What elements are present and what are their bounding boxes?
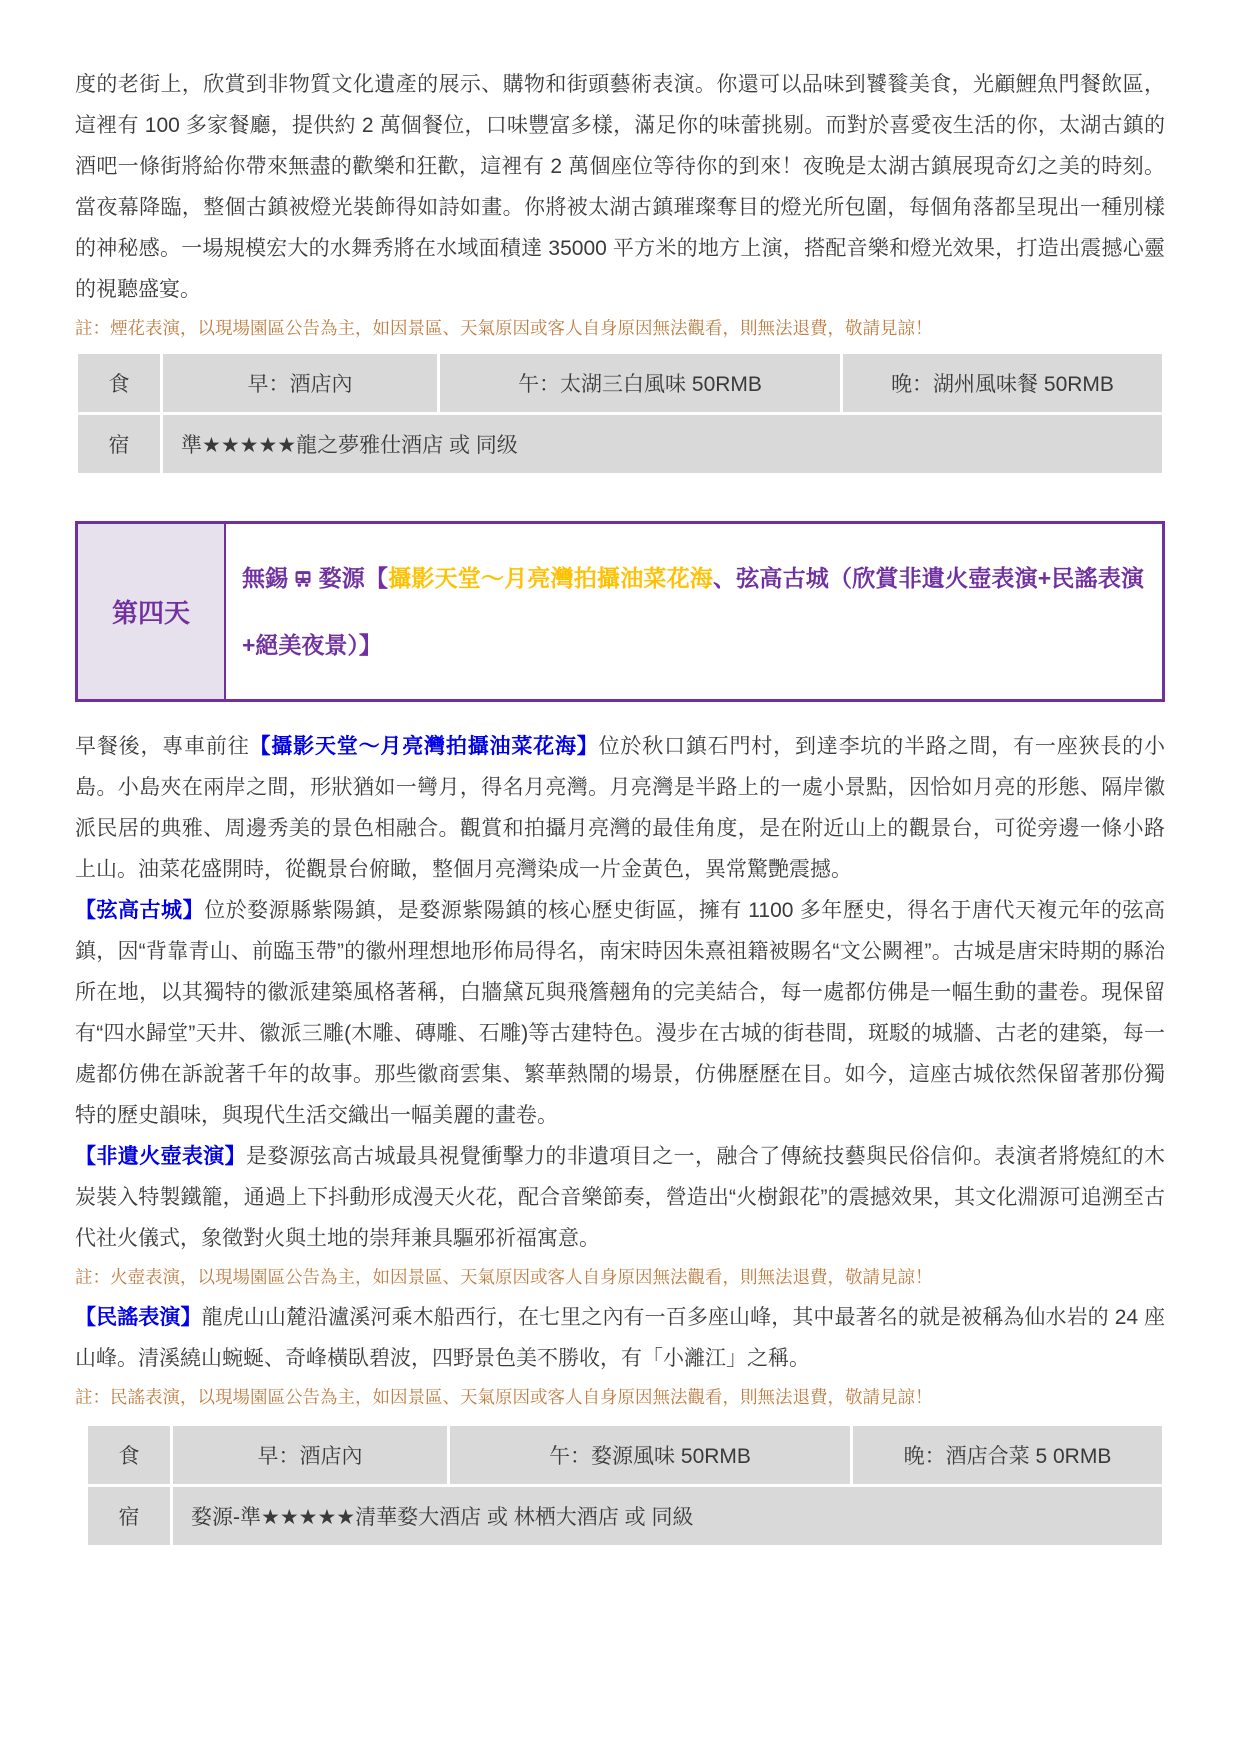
stay-label-cell: 宿 (87, 1486, 172, 1547)
folk-song-body: 龍虎山山麓沿瀘溪河乘木船西行，在七里之內有一百多座山峰，其中最著名的就是被稱為仙… (75, 1306, 1165, 1370)
stay-label-cell: 宿 (77, 414, 162, 475)
hotel-cell: 婺源-準★★★★★清華婺大酒店 或 林栖大酒店 或 同級 (172, 1486, 1164, 1547)
title-gold-segment: 攝影天堂～月亮灣拍攝油菜花海 (388, 565, 713, 591)
itinerary-page: 度的老街上，欣賞到非物質文化遺產的展示、購物和街頭藝術表演。你還可以品味到饕餮美… (0, 0, 1240, 1755)
fire-pot-paragraph: 【非遺火壺表演】是婺源弦高古城最具視覺衝擊力的非遺項目之一，融合了傳統技藝與民俗… (75, 1136, 1165, 1259)
table-row-meals: 食 早：酒店內 午：婺源風味 50RMB 晚：酒店合菜 5 0RMB (87, 1425, 1164, 1486)
meal-label-cell: 食 (87, 1425, 172, 1486)
xiangao-paragraph: 【弦高古城】位於婺源縣紫陽鎮，是婺源紫陽鎮的核心歷史街區，擁有 1100 多年歷… (75, 890, 1165, 1136)
folk-song-paragraph: 【民謠表演】龍虎山山麓沿瀘溪河乘木船西行，在七里之內有一百多座山峰，其中最著名的… (75, 1297, 1165, 1379)
route-from: 無錫 (242, 565, 288, 591)
day4-title: 無錫婺源【攝影天堂～月亮灣拍攝油菜花海、弦高古城（欣賞非遺火壺表演+民謠表演+絕… (226, 524, 1162, 699)
table-row-meals: 食 早：酒店內 午：太湖三白風味 50RMB 晚：湖州風味餐 50RMB (77, 353, 1164, 414)
hotel-cell: 準★★★★★龍之夢雅仕酒店 或 同级 (162, 414, 1164, 475)
dinner-cell: 晚：湖州風味餐 50RMB (842, 353, 1164, 414)
meal-label-cell: 食 (77, 353, 162, 414)
note-fireworks: 註：煙花表演，以現場園區公告為主，如因景區、天氣原因或客人自身原因無法觀看，則無… (75, 315, 1165, 342)
day4-meal-table: 食 早：酒店內 午：婺源風味 50RMB 晚：酒店合菜 5 0RMB 宿 婺源-… (85, 1423, 1165, 1548)
xiangao-body: 位於婺源縣紫陽鎮，是婺源紫陽鎮的核心歷史街區，擁有 1100 多年歷史，得名于唐… (75, 899, 1165, 1127)
note-fire-pot: 註：火壺表演，以現場園區公告為主，如因景區、天氣原因或客人自身原因無法觀看，則無… (75, 1264, 1165, 1291)
note-folk-song: 註：民謠表演，以現場園區公告為主，如因景區、天氣原因或客人自身原因無法觀看，則無… (75, 1384, 1165, 1411)
bus-icon (293, 549, 313, 613)
day-label: 第四天 (78, 524, 226, 699)
breakfast-cell: 早：酒店內 (162, 353, 439, 414)
day4-header: 第四天 無錫婺源【攝影天堂～月亮灣拍攝油菜花海、弦高古城（欣賞非遺火壺表演+民謠… (75, 521, 1165, 702)
moon-bay-paragraph: 早餐後，專車前往【攝影天堂～月亮灣拍攝油菜花海】位於秋口鎮石門村，到達李坑的半路… (75, 726, 1165, 890)
table-row-hotel: 宿 準★★★★★龍之夢雅仕酒店 或 同级 (77, 414, 1164, 475)
intro-paragraph: 度的老街上，欣賞到非物質文化遺產的展示、購物和街頭藝術表演。你還可以品味到饕餮美… (75, 64, 1165, 310)
dinner-cell: 晚：酒店合菜 5 0RMB (852, 1425, 1164, 1486)
fire-pot-highlight: 【非遺火壺表演】 (75, 1145, 246, 1168)
moon-bay-lead: 早餐後，專車前往 (75, 735, 250, 758)
lunch-cell: 午：太湖三白風味 50RMB (439, 353, 842, 414)
route-to: 婺源【 (318, 565, 388, 591)
table-row-hotel: 宿 婺源-準★★★★★清華婺大酒店 或 林栖大酒店 或 同級 (87, 1486, 1164, 1547)
day3-meal-table: 食 早：酒店內 午：太湖三白風味 50RMB 晚：湖州風味餐 50RMB 宿 準… (75, 351, 1165, 476)
moon-bay-highlight: 【攝影天堂～月亮灣拍攝油菜花海】 (250, 735, 599, 758)
breakfast-cell: 早：酒店內 (172, 1425, 449, 1486)
folk-song-highlight: 【民謠表演】 (75, 1306, 202, 1329)
xiangao-highlight: 【弦高古城】 (75, 899, 204, 922)
lunch-cell: 午：婺源風味 50RMB (449, 1425, 852, 1486)
